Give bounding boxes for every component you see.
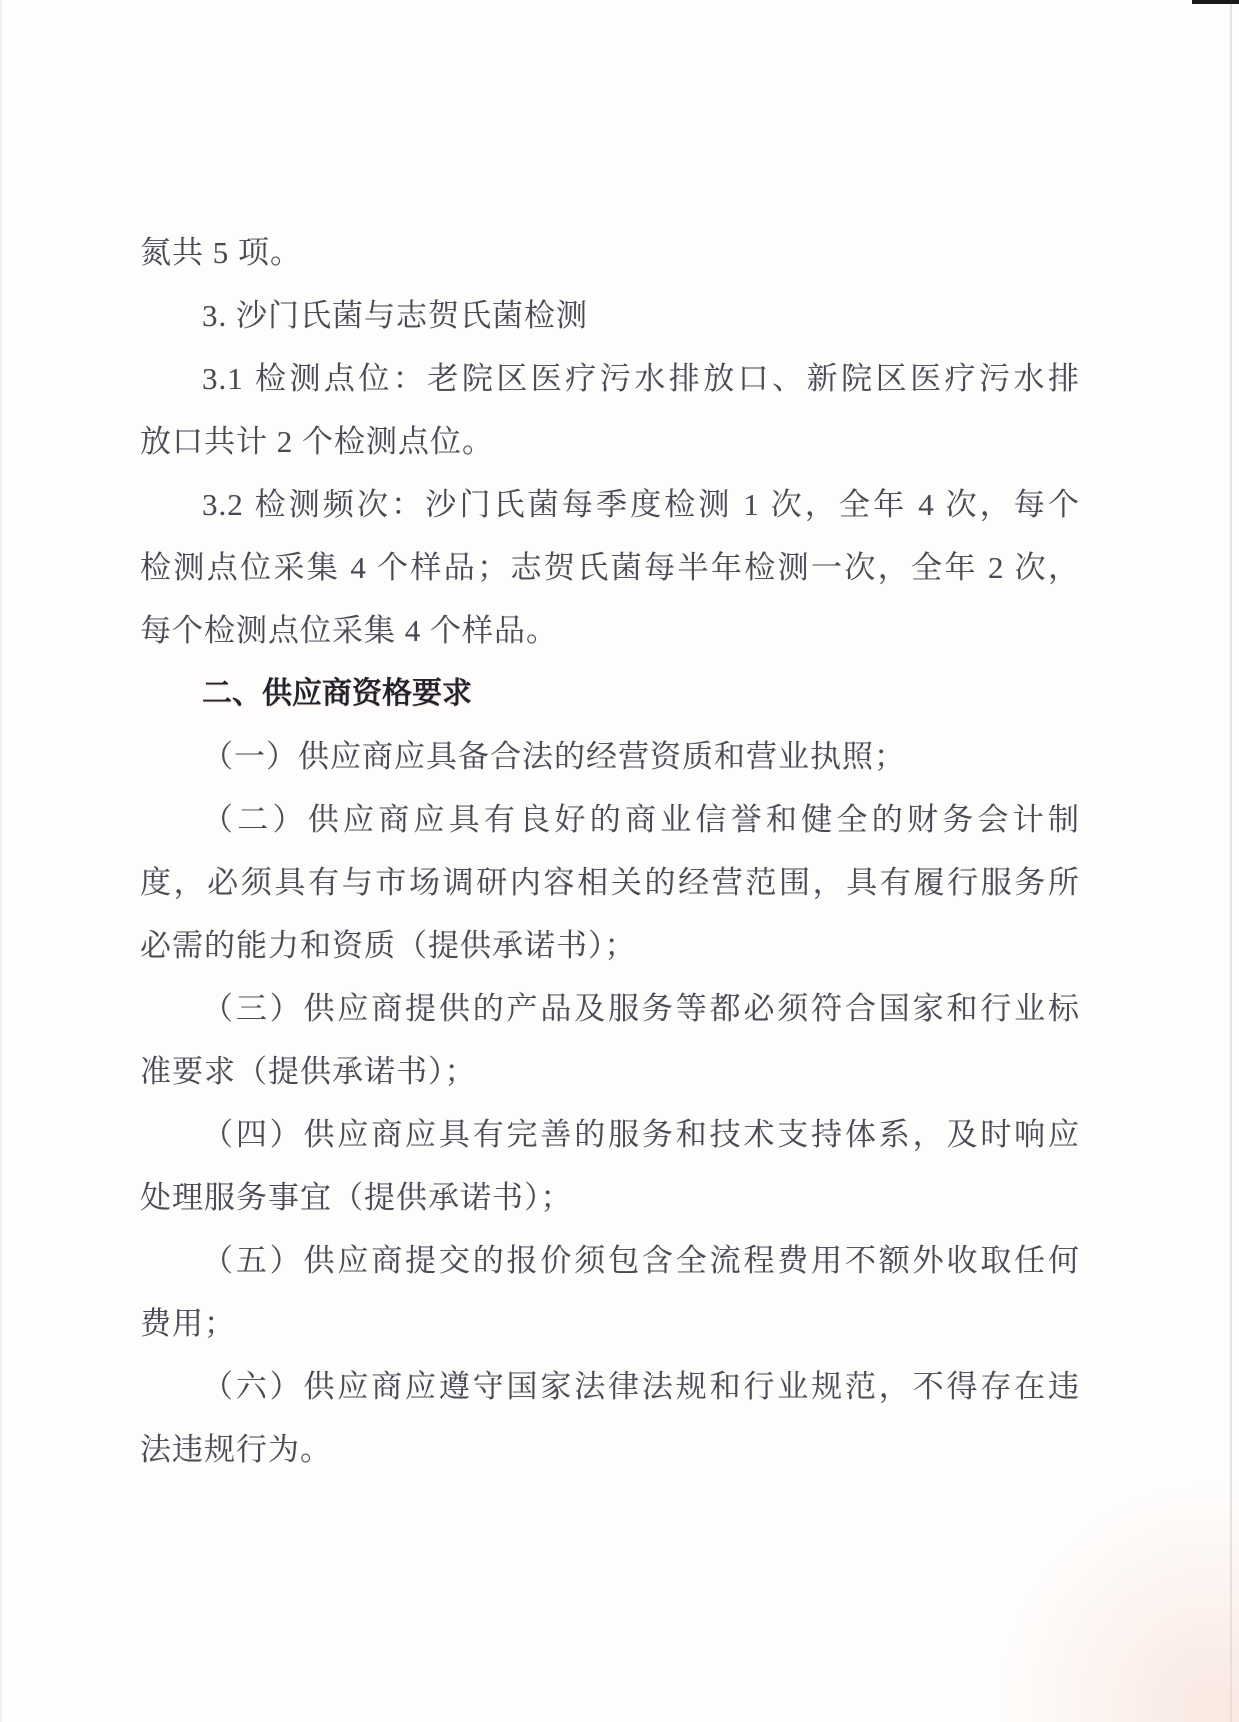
document-line: 法违规行为。: [140, 1418, 1080, 1481]
document-line: 放口共计 2 个检测点位。: [140, 410, 1080, 473]
document-line: （三）供应商提供的产品及服务等都必须符合国家和行业标: [140, 977, 1080, 1040]
document-line: 检测点位采集 4 个样品；志贺氏菌每半年检测一次，全年 2 次，: [140, 536, 1080, 599]
document-line: 3. 沙门氏菌与志贺氏菌检测: [140, 284, 1080, 347]
document-line: （二）供应商应具有良好的商业信誉和健全的财务会计制: [140, 788, 1080, 851]
document-line: 3.1 检测点位：老院区医疗污水排放口、新院区医疗污水排: [140, 347, 1080, 410]
document-line: （四）供应商应具有完善的服务和技术支持体系，及时响应: [140, 1103, 1080, 1166]
document-line: 度，必须具有与市场调研内容相关的经营范围，具有履行服务所: [140, 851, 1080, 914]
document-line: 3.2 检测频次：沙门氏菌每季度检测 1 次，全年 4 次，每个: [140, 473, 1080, 536]
document-line: （一）供应商应具备合法的经营资质和营业执照；: [140, 725, 1080, 788]
document-line: 必需的能力和资质（提供承诺书）；: [140, 914, 1080, 977]
section-heading-supplier-qualifications: 二、供应商资格要求: [140, 662, 1080, 725]
document-page: 氮共 5 项。 3. 沙门氏菌与志贺氏菌检测 3.1 检测点位：老院区医疗污水排…: [0, 0, 1239, 1722]
document-line: （六）供应商应遵守国家法律法规和行业规范，不得存在违: [140, 1355, 1080, 1418]
document-line: 费用；: [140, 1292, 1080, 1355]
document-line: 准要求（提供承诺书）；: [140, 1040, 1080, 1103]
scan-artifact-left-edge: [0, 0, 3, 1722]
document-line: 每个检测点位采集 4 个样品。: [140, 599, 1080, 662]
scan-artifact-corner-blot: [979, 1462, 1239, 1722]
document-line: 氮共 5 项。: [140, 221, 1080, 284]
document-line: 处理服务事宜（提供承诺书）；: [140, 1166, 1080, 1229]
document-line: （五）供应商提交的报价须包含全流程费用不额外收取任何: [140, 1229, 1080, 1292]
document-body: 氮共 5 项。 3. 沙门氏菌与志贺氏菌检测 3.1 检测点位：老院区医疗污水排…: [140, 221, 1080, 1481]
